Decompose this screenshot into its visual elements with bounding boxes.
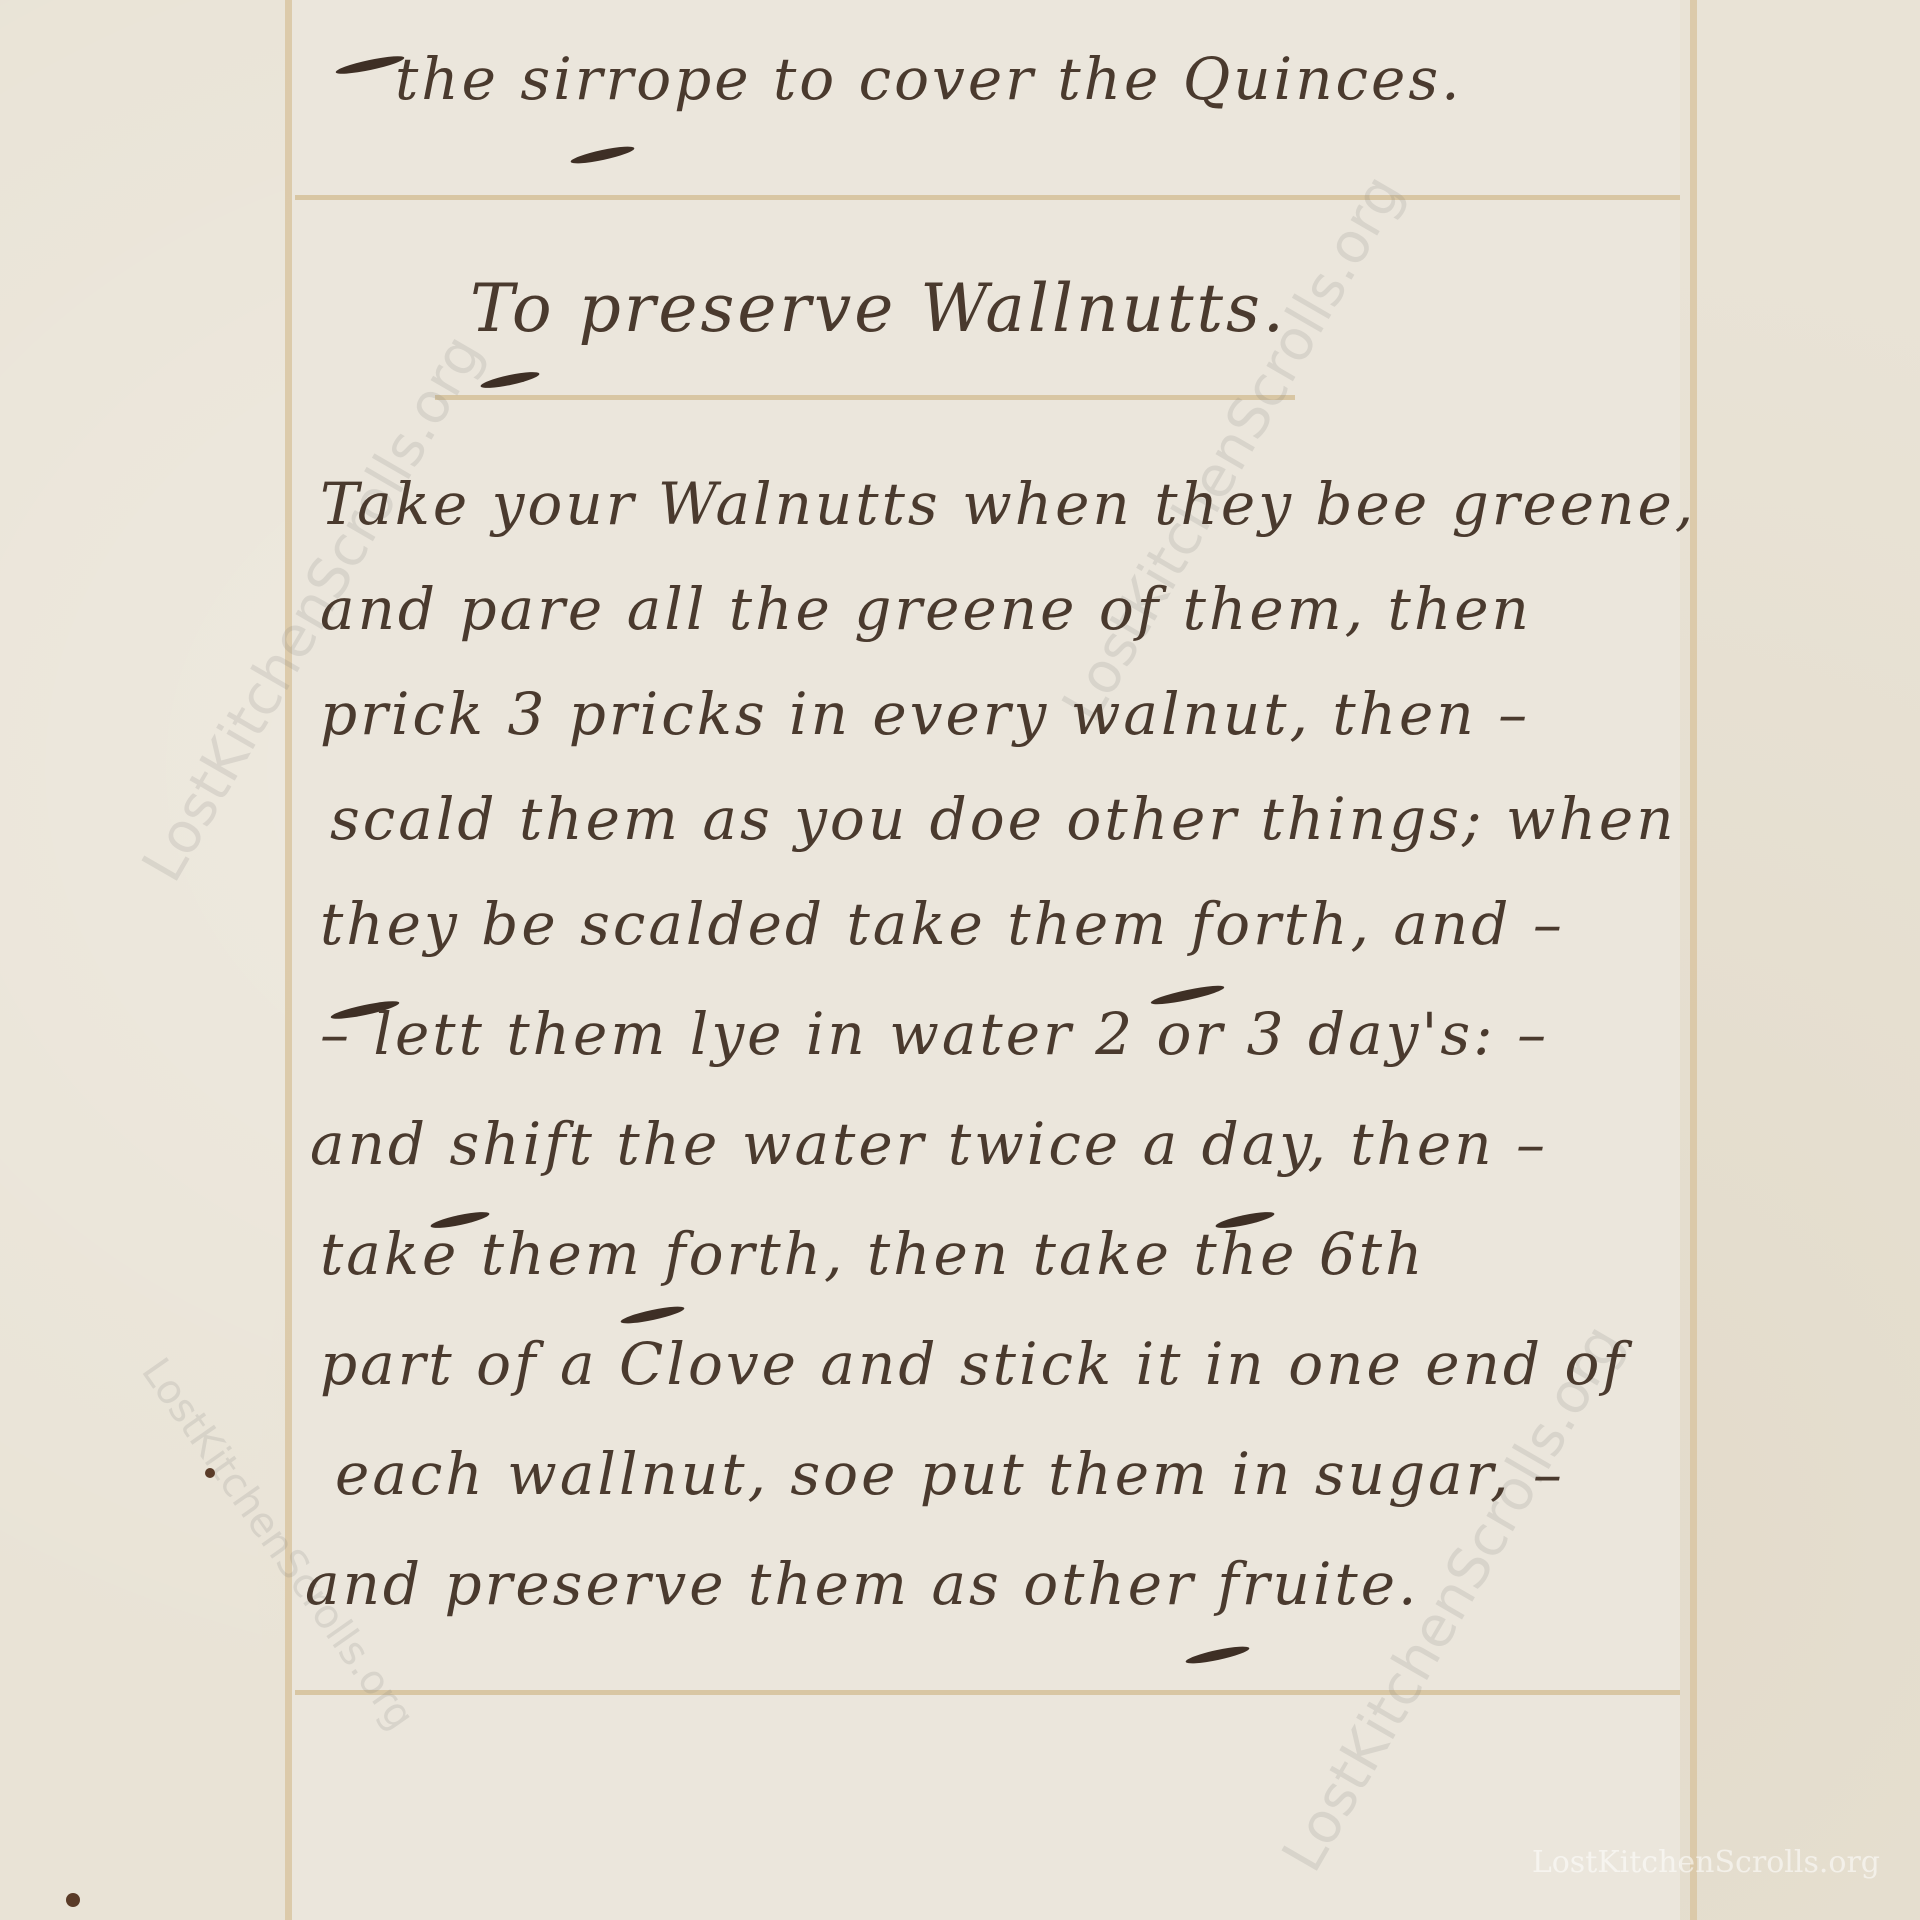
recipe-line: and shift the water twice a day, then –: [310, 1110, 1548, 1178]
right-margin-rule: [1690, 0, 1697, 1920]
recipe-title: To preserve Wallnutts.: [470, 270, 1287, 347]
recipe-line: scald them as you doe other things; when: [330, 785, 1677, 853]
footer-watermark: LostKitchenScrolls.org: [1532, 1845, 1880, 1880]
recipe-line: and preserve them as other fruite.: [305, 1550, 1419, 1618]
ink-spot: [66, 1893, 80, 1907]
manuscript-page: LostKitchenScrolls.org LostKitchenScroll…: [0, 0, 1920, 1920]
title-underline: [435, 395, 1295, 400]
recipe-line: Take your Walnutts when they bee greene,: [320, 470, 1696, 538]
recipe-line: take them forth, then take the 6th: [320, 1220, 1425, 1288]
ink-spot: [205, 1468, 215, 1478]
recipe-line: part of a Clove and stick it in one end …: [320, 1330, 1627, 1398]
recipe-line: and pare all the greene of them, then: [320, 575, 1532, 643]
section-divider-bottom: [295, 1690, 1680, 1695]
section-divider-top: [295, 195, 1680, 200]
recipe-line: prick 3 pricks in every walnut, then –: [320, 680, 1530, 748]
previous-recipe-closing-line: the sirrope to cover the Quinces.: [395, 45, 1463, 113]
recipe-line: – lett them lye in water 2 or 3 day's: –: [320, 1000, 1549, 1068]
recipe-line: each wallnut, soe put them in sugar, –: [335, 1440, 1565, 1508]
left-margin-rule: [285, 0, 292, 1920]
recipe-line: they be scalded take them forth, and –: [320, 890, 1565, 958]
